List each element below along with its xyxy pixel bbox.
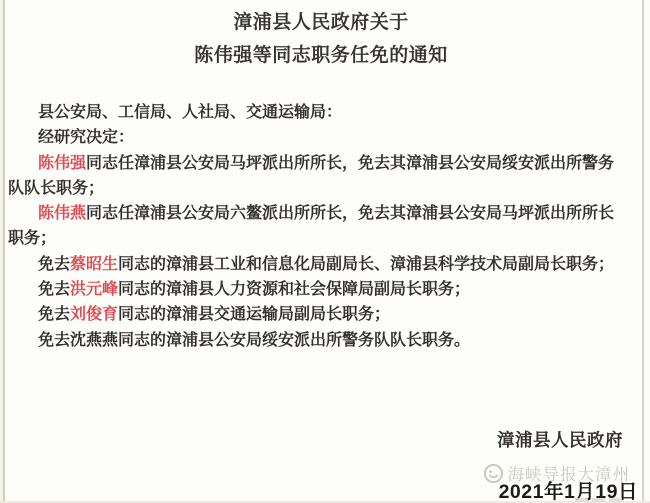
body-line: 免去沈燕燕同志的漳浦县公安局绥安派出所警务队队长职务。 xyxy=(8,328,642,353)
issuer-signature: 漳浦县人民政府 xyxy=(497,427,623,452)
body-text-segment: 同志的漳浦县工业和信息化局副局长、漳浦县科学技术局副局长职务； xyxy=(118,256,614,273)
person-name-highlight: 刘俊育 xyxy=(70,306,118,323)
person-name-highlight: 洪元峰 xyxy=(70,281,118,298)
body-line: 陈伟燕同志任漳浦县公安局六鳌派出所所长，免去其漳浦县公安局马坪派出所所长 xyxy=(8,201,642,226)
body-line: 免去洪元峰同志的漳浦县人力资源和社会保障局副局长职务； xyxy=(8,277,642,302)
document-title-line-2: 陈伟强等同志职务任免的通知 xyxy=(0,39,642,72)
person-name-highlight: 蔡昭生 xyxy=(70,256,118,273)
body-line: 经研究决定： xyxy=(8,125,642,150)
photo-edge-right-strip xyxy=(644,0,650,503)
photo-bottom-smudge xyxy=(575,498,588,502)
person-name-highlight: 陈伟燕 xyxy=(38,205,86,222)
body-lines: 县公安局、工信局、人社局、交通运输局：经研究决定：陈伟强同志任漳浦县公安局马坪派… xyxy=(8,100,642,353)
body-text-segment: 免去 xyxy=(38,256,70,273)
body-text-segment: 免去 xyxy=(38,281,70,298)
body-text-segment: 县公安局、工信局、人社局、交通运输局： xyxy=(38,104,342,121)
body-text-segment: 同志的漳浦县交通运输局副局长职务； xyxy=(118,306,390,323)
body-line: 县公安局、工信局、人社局、交通运输局： xyxy=(8,100,642,125)
document-title-line-1: 漳浦县人民政府关于 xyxy=(0,6,642,39)
body-text-segment: 同志任漳浦县公安局马坪派出所所长，免去其漳浦县公安局绥安派出所警务 xyxy=(86,155,614,172)
document-photo: 漳浦县人民政府关于 陈伟强等同志职务任免的通知 县公安局、工信局、人社局、交通运… xyxy=(0,0,650,503)
body-line: 陈伟强同志任漳浦县公安局马坪派出所所长，免去其漳浦县公安局绥安派出所警务 xyxy=(8,151,642,176)
body-text-segment: 免去 xyxy=(38,306,70,323)
body-line: 免去刘俊育同志的漳浦县交通运输局副局长职务； xyxy=(8,302,642,327)
photo-edge-right-line xyxy=(642,0,644,503)
body-text-segment: 免去沈燕燕同志的漳浦县公安局绥安派出所警务队队长职务。 xyxy=(38,332,470,349)
body-line: 免去蔡昭生同志的漳浦县工业和信息化局副局长、漳浦县科学技术局副局长职务； xyxy=(8,252,642,277)
document-title: 漳浦县人民政府关于 陈伟强等同志职务任免的通知 xyxy=(0,6,642,72)
person-name-highlight: 陈伟强 xyxy=(38,155,86,172)
body-text-segment: 同志的漳浦县人力资源和社会保障局副局长职务； xyxy=(118,281,470,298)
body-text-segment: 经研究决定： xyxy=(38,129,134,146)
body-text-segment: 职务； xyxy=(8,230,56,247)
body-text-segment: 队队长职务； xyxy=(8,180,104,197)
photo-edge-left-line xyxy=(3,0,5,503)
body-line: 队队长职务； xyxy=(8,176,642,201)
body-line: 职务； xyxy=(8,226,642,251)
body-text-segment: 同志任漳浦县公安局六鳌派出所所长，免去其漳浦县公安局马坪派出所所长 xyxy=(86,205,614,222)
document-date: 2021年1月19日 xyxy=(499,476,638,503)
